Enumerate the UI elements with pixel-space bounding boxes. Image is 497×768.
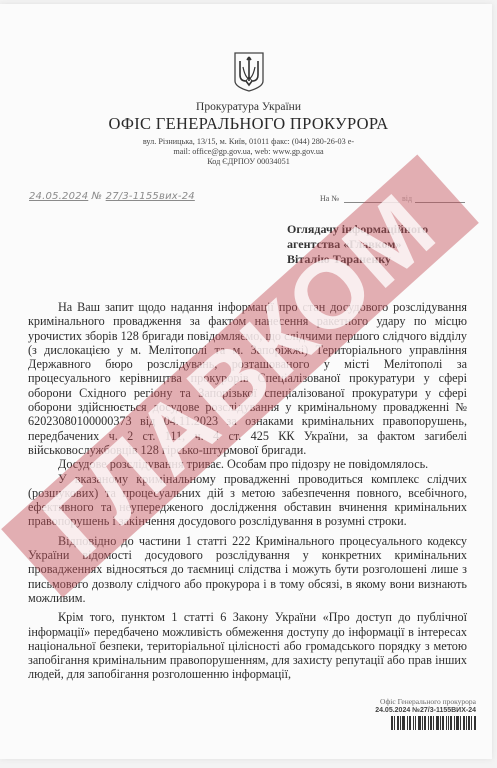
registration-stamp: Офіс Генерального прокурора 24.05.2024 №… — [366, 697, 476, 730]
reference-date-line — [415, 202, 465, 203]
paragraph: Крім того, пунктом 1 статті 6 Закону Укр… — [28, 610, 467, 681]
reference-from-label: від — [402, 194, 412, 203]
addressee-block: Оглядачу інформаційного агентства «Главк… — [287, 222, 428, 267]
address-line-1: вул. Різницька, 13/15, м. Київ, 01011 фа… — [0, 137, 497, 147]
reference-number: На № від — [320, 194, 470, 203]
stamp-org: Офіс Генерального прокурора — [366, 697, 476, 706]
reference-number-line — [344, 202, 399, 203]
contact-address: вул. Різницька, 13/15, м. Київ, 01011 фа… — [0, 137, 497, 167]
agency-name: Прокуратура України — [0, 101, 497, 113]
address-line-2: mail: office@gp.gov.ua, web: www.gp.gov.… — [0, 147, 497, 157]
paragraph: У вказаному кримінальному провадженні пр… — [28, 472, 467, 529]
number-sign: № — [92, 191, 103, 202]
edrpou-code: Код ЄДРПОУ 00034051 — [0, 157, 497, 167]
outgoing-registration: 24.05.2024 № 27/3-1155вих-24 — [29, 191, 195, 202]
stamp-reg-number: 24.05.2024 №27/3-1155ВИХ-24 — [366, 707, 476, 714]
addressee-line-3: Віталію Тараненку — [287, 252, 428, 267]
paragraph: Досудове розслідування триває. Особам пр… — [28, 457, 467, 471]
paragraph: Відповідно до частини 1 статті 222 Кримі… — [28, 534, 467, 605]
addressee-line-1: Оглядачу інформаційного — [287, 222, 428, 237]
reference-label: На № — [320, 194, 339, 203]
paragraph: На Ваш запит щодо надання інформації про… — [28, 300, 467, 457]
barcode-icon — [366, 716, 476, 730]
outgoing-date: 24.05.2024 — [29, 191, 88, 202]
ukraine-trident-icon — [233, 51, 265, 93]
addressee-line-2: агентства «Главком» — [287, 237, 428, 252]
letter-body: На Ваш запит щодо надання інформації про… — [28, 300, 467, 682]
office-title: ОФІС ГЕНЕРАЛЬНОГО ПРОКУРОРА — [0, 114, 497, 134]
outgoing-number: 27/3-1155вих-24 — [106, 191, 195, 202]
